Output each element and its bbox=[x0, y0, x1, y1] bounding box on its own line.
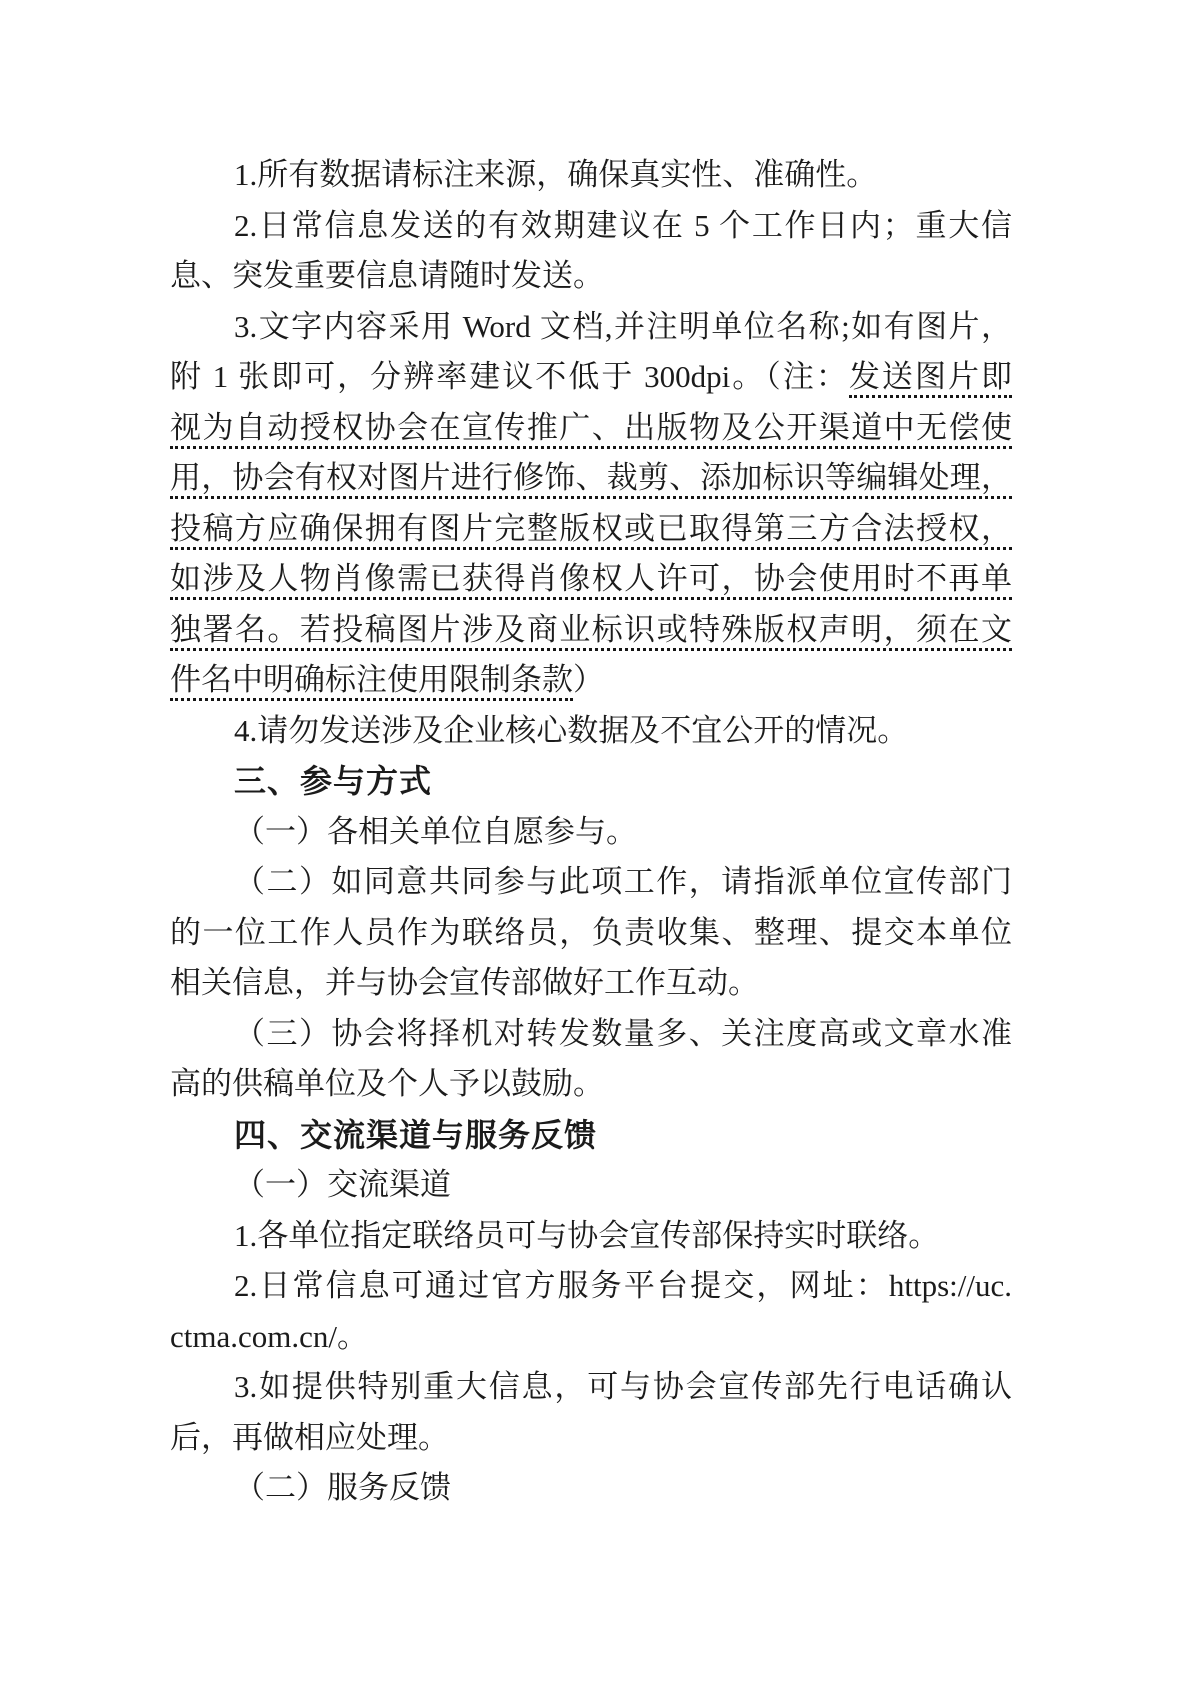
text-run: 2.日常信息发送的有效期建议在 5 个工作日内；重大信 bbox=[234, 208, 1012, 243]
underlined-text-run: 如涉及人物肖像需已获得肖像权人许可，协会使用时不再单 bbox=[170, 561, 1012, 600]
document-page: 1.所有数据请标注来源，确保真实性、准确性。2.日常信息发送的有效期建议在 5 … bbox=[0, 0, 1190, 1683]
text-line: 投稿方应确保拥有图片完整版权或已取得第三方合法授权， bbox=[170, 504, 1012, 555]
text-run: （三）协会将择机对转发数量多、关注度高或文章水准 bbox=[234, 1016, 1012, 1051]
text-line: 附 1 张即可，分辨率建议不低于 300dpi。（注：发送图片即 bbox=[170, 352, 1012, 403]
text-run: 1.所有数据请标注来源，确保真实性、准确性。 bbox=[234, 157, 877, 192]
text-run: 后，再做相应处理。 bbox=[170, 1420, 449, 1455]
text-line: 后，再做相应处理。 bbox=[170, 1413, 1012, 1464]
text-run: 3.如提供特别重大信息，可与协会宣传部先行电话确认 bbox=[234, 1369, 1012, 1404]
underlined-text-run: 视为自动授权协会在宣传推广、出版物及公开渠道中无偿使 bbox=[170, 410, 1012, 449]
text-line: 独署名。若投稿图片涉及商业标识或特殊版权声明，须在文 bbox=[170, 605, 1012, 656]
text-run: 3.文字内容采用 Word 文档,并注明单位名称;如有图片， bbox=[234, 309, 1012, 344]
section-heading: 三、参与方式 bbox=[170, 756, 1012, 807]
underlined-text-run: 投稿方应确保拥有图片完整版权或已取得第三方合法授权， bbox=[170, 511, 1012, 550]
text-run: （一）各相关单位自愿参与。 bbox=[234, 814, 637, 849]
text-run: ctma.com.cn/。 bbox=[170, 1319, 368, 1354]
underlined-text-run: 件名中明确标注使用限制条款 bbox=[170, 662, 573, 701]
underlined-text-run: 用，协会有权对图片进行修饰、裁剪、添加标识等编辑处理， bbox=[170, 460, 1012, 499]
text-run: ） bbox=[573, 662, 604, 697]
text-run: 1.各单位指定联络员可与协会宣传部保持实时联络。 bbox=[234, 1218, 939, 1253]
text-line: 件名中明确标注使用限制条款） bbox=[170, 655, 1012, 706]
text-line: 1.所有数据请标注来源，确保真实性、准确性。 bbox=[170, 150, 1012, 201]
text-line: 息、突发重要信息请随时发送。 bbox=[170, 251, 1012, 302]
text-run: 相关信息，并与协会宣传部做好工作互动。 bbox=[170, 965, 759, 1000]
text-run: （二）服务反馈 bbox=[234, 1470, 451, 1505]
text-run: （二）如同意共同参与此项工作，请指派单位宣传部门 bbox=[234, 864, 1012, 899]
text-run: 高的供稿单位及个人予以鼓励。 bbox=[170, 1066, 604, 1101]
text-line: 的一位工作人员作为联络员，负责收集、整理、提交本单位 bbox=[170, 908, 1012, 959]
text-line: 相关信息，并与协会宣传部做好工作互动。 bbox=[170, 958, 1012, 1009]
underlined-text-run: 独署名。若投稿图片涉及商业标识或特殊版权声明，须在文 bbox=[170, 612, 1012, 651]
section-heading: 四、交流渠道与服务反馈 bbox=[170, 1110, 1012, 1161]
text-line: 4.请勿发送涉及企业核心数据及不宜公开的情况。 bbox=[170, 706, 1012, 757]
text-run: 的一位工作人员作为联络员，负责收集、整理、提交本单位 bbox=[170, 915, 1012, 950]
text-line: 如涉及人物肖像需已获得肖像权人许可，协会使用时不再单 bbox=[170, 554, 1012, 605]
text-run: 息、突发重要信息请随时发送。 bbox=[170, 258, 604, 293]
text-line: 2.日常信息发送的有效期建议在 5 个工作日内；重大信 bbox=[170, 201, 1012, 252]
text-line: 1.各单位指定联络员可与协会宣传部保持实时联络。 bbox=[170, 1211, 1012, 1262]
text-run: 三、参与方式 bbox=[234, 763, 432, 799]
text-line: 用，协会有权对图片进行修饰、裁剪、添加标识等编辑处理， bbox=[170, 453, 1012, 504]
text-run: （一）交流渠道 bbox=[234, 1167, 451, 1202]
text-run: 四、交流渠道与服务反馈 bbox=[234, 1117, 597, 1153]
text-run: 附 1 张即可，分辨率建议不低于 300dpi。（注： bbox=[170, 359, 849, 394]
text-line: 视为自动授权协会在宣传推广、出版物及公开渠道中无偿使 bbox=[170, 403, 1012, 454]
text-line: （一）交流渠道 bbox=[170, 1160, 1012, 1211]
text-line: 高的供稿单位及个人予以鼓励。 bbox=[170, 1059, 1012, 1110]
text-line: 2.日常信息可通过官方服务平台提交，网址：https://uc. bbox=[170, 1261, 1012, 1312]
document-body: 1.所有数据请标注来源，确保真实性、准确性。2.日常信息发送的有效期建议在 5 … bbox=[170, 150, 1012, 1514]
text-line: ctma.com.cn/。 bbox=[170, 1312, 1012, 1363]
text-line: （二）服务反馈 bbox=[170, 1463, 1012, 1514]
text-line: （二）如同意共同参与此项工作，请指派单位宣传部门 bbox=[170, 857, 1012, 908]
text-run: 4.请勿发送涉及企业核心数据及不宜公开的情况。 bbox=[234, 713, 908, 748]
underlined-text-run: 发送图片即 bbox=[849, 359, 1012, 398]
text-line: （一）各相关单位自愿参与。 bbox=[170, 807, 1012, 858]
text-run: 2.日常信息可通过官方服务平台提交，网址：https://uc. bbox=[234, 1268, 1012, 1303]
text-line: 3.文字内容采用 Word 文档,并注明单位名称;如有图片， bbox=[170, 302, 1012, 353]
text-line: 3.如提供特别重大信息，可与协会宣传部先行电话确认 bbox=[170, 1362, 1012, 1413]
text-line: （三）协会将择机对转发数量多、关注度高或文章水准 bbox=[170, 1009, 1012, 1060]
